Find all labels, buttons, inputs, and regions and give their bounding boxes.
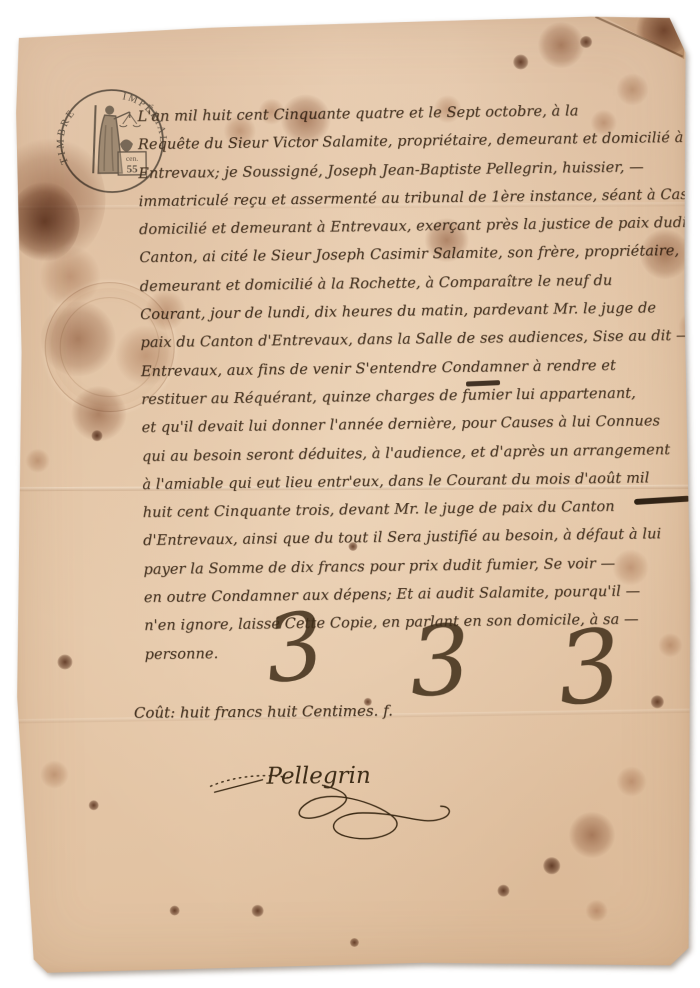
signature-block: Pellegrin	[204, 738, 485, 870]
stain	[586, 900, 608, 922]
stain	[543, 857, 560, 874]
stain	[651, 695, 664, 708]
cost-line: Coût: huit francs huit Centimes. f.	[134, 702, 393, 722]
stain	[57, 654, 72, 669]
stain	[252, 905, 264, 917]
stain	[513, 54, 528, 69]
stain	[538, 22, 584, 68]
stain	[170, 906, 180, 916]
stain	[497, 885, 509, 897]
paper-sheet: TIMBRE IMPÉRIAL. cen. 55 L'a	[8, 11, 694, 975]
flourish-number: 3	[260, 599, 329, 697]
stain	[91, 430, 102, 441]
stain	[26, 449, 50, 473]
handwritten-body: L'an mil huit cent Cinquante quatre et l…	[137, 96, 696, 669]
stain	[89, 800, 99, 810]
denomination-label: cen.	[126, 154, 138, 163]
stain	[569, 812, 615, 858]
flourish-number: 3	[553, 615, 626, 721]
stain	[350, 938, 359, 947]
stain	[334, 14, 344, 24]
stain	[616, 766, 646, 796]
signature-name: Pellegrin	[265, 763, 370, 790]
signature-flourish	[299, 784, 450, 839]
flourish-number: 3	[407, 611, 474, 711]
stain	[40, 760, 68, 788]
document-scan: TIMBRE IMPÉRIAL. cen. 55 L'a	[8, 11, 694, 975]
denomination-value: 55	[127, 163, 139, 175]
stain	[580, 36, 592, 48]
